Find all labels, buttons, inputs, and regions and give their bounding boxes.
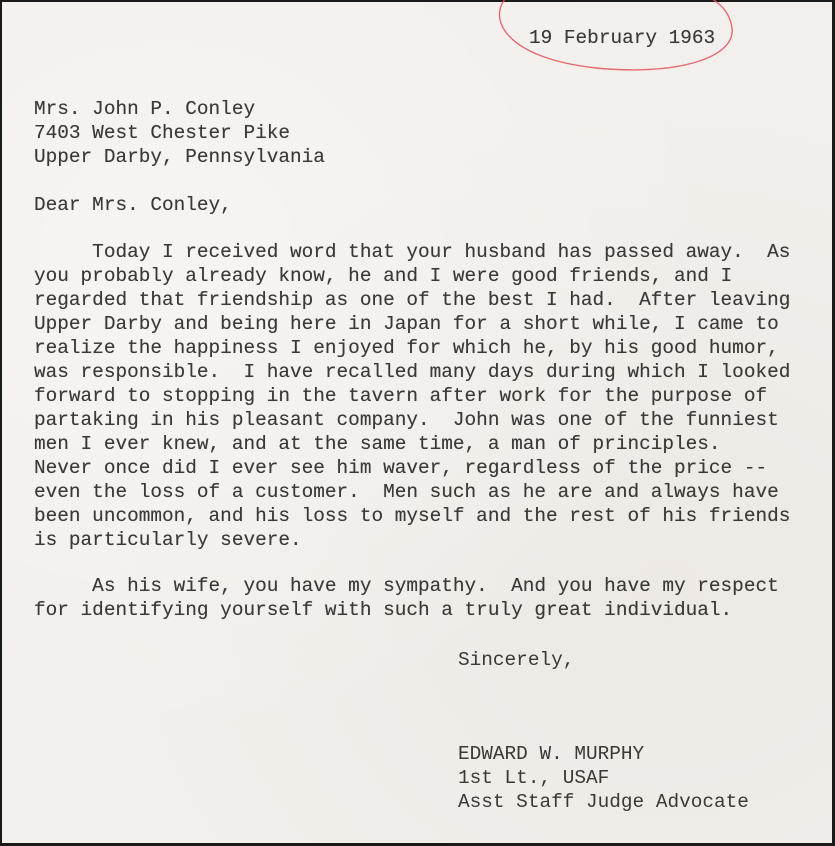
letter-page: 19 February 1963 Mrs. John P. Conley 740…	[0, 0, 835, 846]
body-line: Today I received word that your husband …	[34, 240, 790, 264]
salutation: Dear Mrs. Conley,	[34, 193, 232, 217]
body-line: for identifying yourself with such a tru…	[34, 598, 779, 622]
body-line: was responsible. I have recalled many da…	[34, 360, 790, 384]
body-line: men I ever knew, and at the same time, a…	[34, 432, 790, 456]
recipient-city: Upper Darby, Pennsylvania	[34, 145, 325, 169]
signer-rank: 1st Lt., USAF	[458, 766, 749, 790]
body-line: been uncommon, and his loss to myself an…	[34, 504, 790, 528]
body-line: even the loss of a customer. Men such as…	[34, 480, 790, 504]
salutation-text: Dear Mrs. Conley,	[34, 193, 232, 217]
body-line: As his wife, you have my sympathy. And y…	[34, 574, 779, 598]
body-line: partaking in his pleasant company. John …	[34, 408, 790, 432]
signer-name: EDWARD W. MURPHY	[458, 742, 749, 766]
body-paragraph-1: Today I received word that your husband …	[34, 240, 790, 552]
body-line: is particularly severe.	[34, 528, 790, 552]
recipient-address: Mrs. John P. Conley 7403 West Chester Pi…	[34, 97, 325, 169]
closing: Sincerely,	[458, 648, 574, 672]
body-paragraph-2: As his wife, you have my sympathy. And y…	[34, 574, 779, 622]
body-line: forward to stopping in the tavern after …	[34, 384, 790, 408]
body-line: realize the happiness I enjoyed for whic…	[34, 336, 790, 360]
recipient-name: Mrs. John P. Conley	[34, 97, 325, 121]
signer-title: Asst Staff Judge Advocate	[458, 790, 749, 814]
letter-date: 19 February 1963	[529, 26, 715, 50]
body-line: regarded that friendship as one of the b…	[34, 288, 790, 312]
body-line: Never once did I ever see him waver, reg…	[34, 456, 790, 480]
body-line: you probably already know, he and I were…	[34, 264, 790, 288]
signature-block: EDWARD W. MURPHY 1st Lt., USAF Asst Staf…	[458, 742, 749, 814]
recipient-street: 7403 West Chester Pike	[34, 121, 325, 145]
body-line: Upper Darby and being here in Japan for …	[34, 312, 790, 336]
